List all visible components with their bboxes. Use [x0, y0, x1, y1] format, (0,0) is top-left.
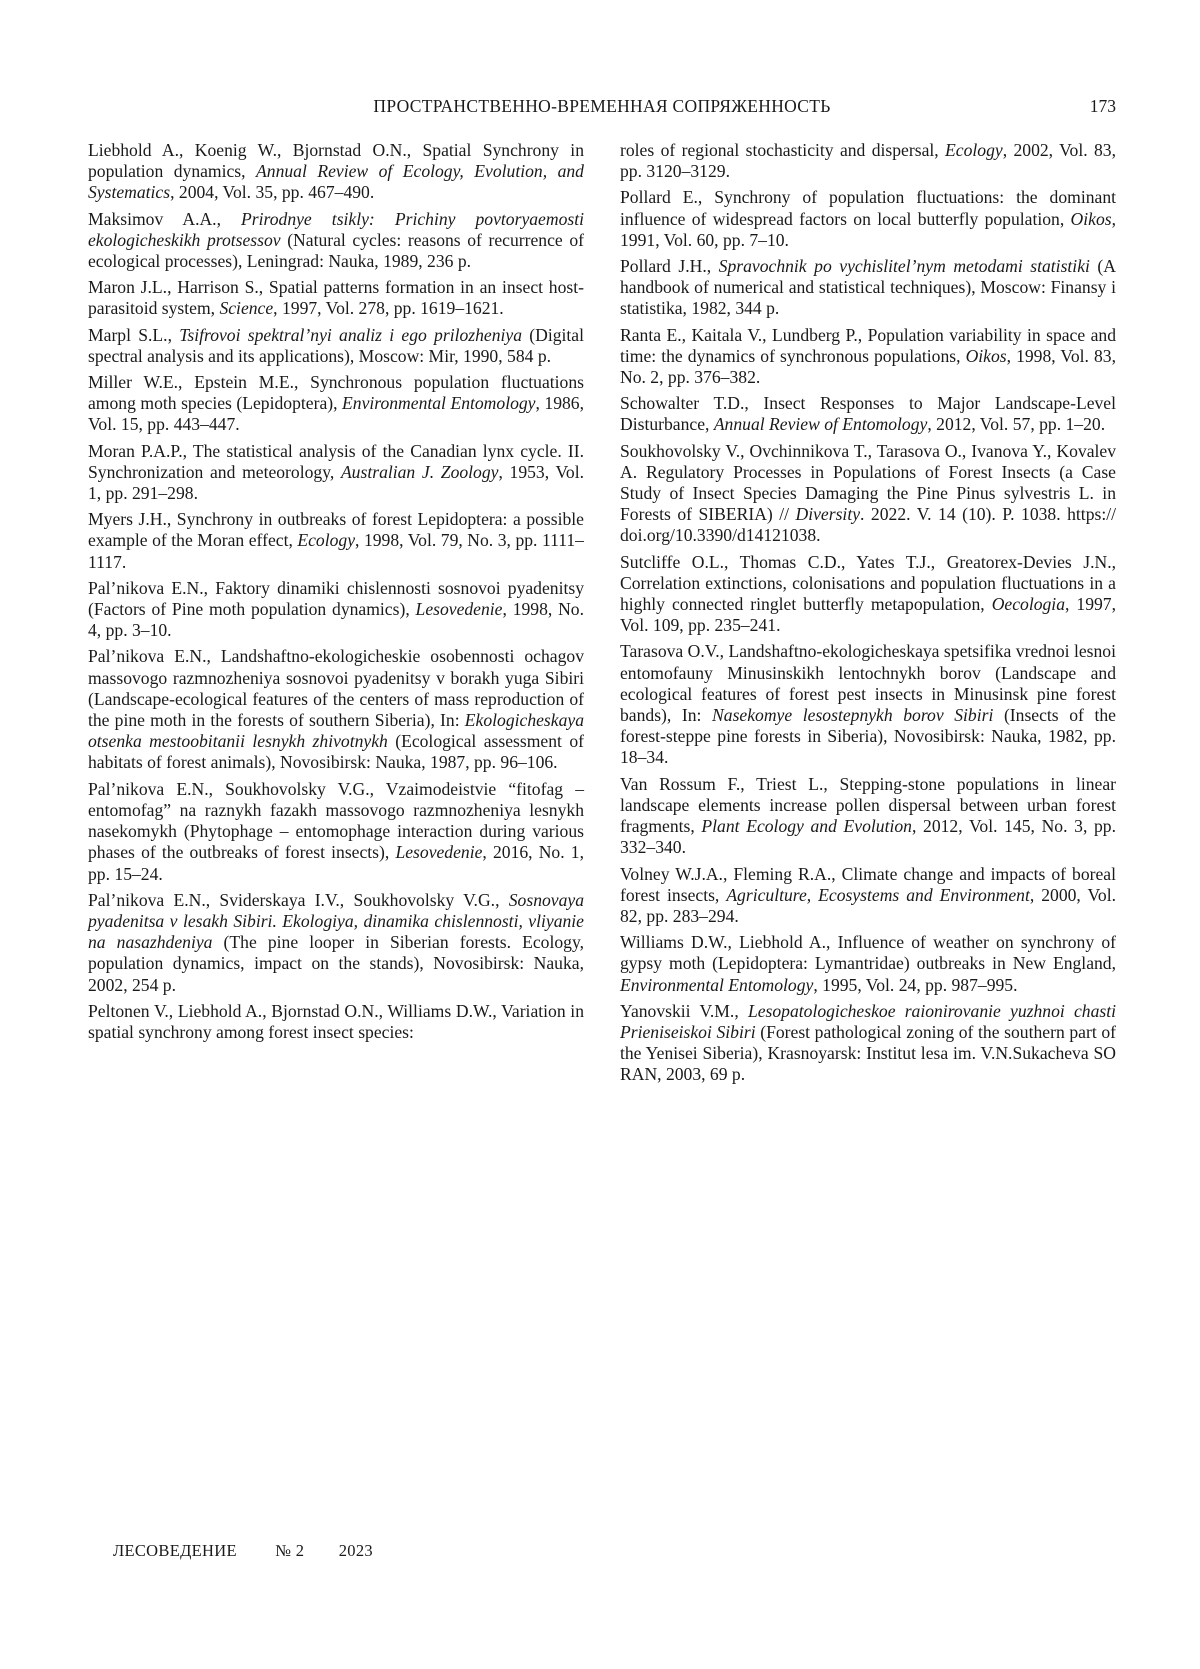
reference-source-title: Tsifrovoi spektral’nyi analiz i ego pril…: [179, 325, 522, 345]
reference-text: Pollard J.H.,: [620, 256, 719, 276]
reference-text: Maksimov A.A.,: [88, 209, 241, 229]
reference-source-title: Environmental Entomology: [342, 393, 535, 413]
reference-entry: Peltonen V., Liebhold A., Bjornstad O.N.…: [88, 1001, 584, 1043]
reference-entry: Pollard J.H., Spravochnik po vychislitel…: [620, 256, 1116, 320]
reference-text: Yanovskii V.M.,: [620, 1001, 748, 1021]
reference-entry: Schowalter T.D., Insect Responses to Maj…: [620, 393, 1116, 435]
running-title: ПРОСТРАНСТВЕННО-ВРЕМЕННАЯ СОПРЯЖЕННОСТЬ: [88, 96, 1116, 117]
reference-text: roles of regional stochasticity and disp…: [620, 140, 945, 160]
right-column: roles of regional stochasticity and disp…: [620, 140, 1116, 1091]
reference-entry: Van Rossum F., Triest L., Stepping-stone…: [620, 774, 1116, 859]
reference-text: Pal’nikova E.N., Sviderskaya I.V., Soukh…: [88, 890, 509, 910]
reference-source-title: Nasekomye lesostepnykh borov Sibiri: [712, 705, 993, 725]
reference-entry: Maron J.L., Harrison S., Spatial pattern…: [88, 277, 584, 319]
reference-source-title: Australian J. Zoology: [341, 462, 499, 482]
reference-source-title: Agriculture, Ecosystems and Environment: [726, 885, 1030, 905]
reference-source-title: Annual Review of Entomology: [714, 414, 928, 434]
reference-entry: Pal’nikova E.N., Sviderskaya I.V., Soukh…: [88, 890, 584, 996]
reference-source-title: Oecologia: [992, 594, 1065, 614]
left-column: Liebhold A., Koenig W., Bjornstad O.N., …: [88, 140, 584, 1091]
reference-entry: Ranta E., Kaitala V., Lundberg P., Popul…: [620, 325, 1116, 389]
reference-text: Pollard E., Synchrony of population fluc…: [620, 187, 1116, 228]
reference-entry: Pollard E., Synchrony of population fluc…: [620, 187, 1116, 251]
reference-source-title: Environmental Entomology: [620, 975, 813, 995]
reference-source-title: Ecology: [297, 530, 355, 550]
reference-entry: Pal’nikova E.N., Faktory dinamiki chisle…: [88, 578, 584, 642]
reference-source-title: Plant Ecology and Evolution: [701, 816, 912, 836]
reference-entry: Williams D.W., Liebhold A., Influence of…: [620, 932, 1116, 996]
references-body: Liebhold A., Koenig W., Bjornstad O.N., …: [88, 140, 1116, 1091]
reference-entry: Sutcliffe O.L., Thomas C.D., Yates T.J.,…: [620, 552, 1116, 637]
reference-text: , 1995, Vol. 24, pp. 987–995.: [813, 975, 1017, 995]
running-head: ПРОСТРАНСТВЕННО-ВРЕМЕННАЯ СОПРЯЖЕННОСТЬ …: [88, 96, 1116, 120]
reference-source-title: Science: [219, 298, 273, 318]
reference-entry: Pal’nikova E.N., Landshaftno-ekologiches…: [88, 646, 584, 773]
reference-source-title: Ecology: [945, 140, 1003, 160]
reference-text: , 2004, Vol. 35, pp. 467–490.: [170, 182, 374, 202]
reference-entry: Liebhold A., Koenig W., Bjornstad O.N., …: [88, 140, 584, 204]
reference-source-title: Diversity: [796, 504, 861, 524]
reference-text: Marpl S.L.,: [88, 325, 179, 345]
reference-entry: roles of regional stochasticity and disp…: [620, 140, 1116, 182]
page-number: 173: [1090, 96, 1116, 117]
reference-source-title: Spravochnik po vychislitel’nym metodami …: [719, 256, 1090, 276]
reference-text: , 1997, Vol. 278, pp. 1619–1621.: [273, 298, 504, 318]
footer-issue: № 2: [275, 1541, 304, 1561]
journal-footer: ЛЕСОВЕДЕНИЕ № 2 2023: [113, 1541, 373, 1561]
reference-entry: Miller W.E., Epstein M.E., Synchronous p…: [88, 372, 584, 436]
reference-text: , 2012, Vol. 57, pp. 1–20.: [927, 414, 1105, 434]
reference-entry: Volney W.J.A., Fleming R.A., Climate cha…: [620, 864, 1116, 928]
reference-entry: Pal’nikova E.N., Soukhovolsky V.G., Vzai…: [88, 779, 584, 885]
reference-text: Williams D.W., Liebhold A., Influence of…: [620, 932, 1116, 973]
reference-source-title: Lesovedenie: [416, 599, 503, 619]
reference-source-title: Lesovedenie: [395, 842, 482, 862]
reference-entry: Maksimov A.A., Prirodnye tsikly: Prichin…: [88, 209, 584, 273]
reference-entry: Soukhovolsky V., Ovchinnikova T., Taraso…: [620, 441, 1116, 547]
reference-entry: Tarasova O.V., Landshaftno-ekologicheska…: [620, 641, 1116, 768]
reference-text: Peltonen V., Liebhold A., Bjornstad O.N.…: [88, 1001, 584, 1042]
reference-entry: Myers J.H., Synchrony in outbreaks of fo…: [88, 509, 584, 573]
reference-entry: Yanovskii V.M., Lesopatologicheskoe raio…: [620, 1001, 1116, 1086]
footer-year: 2023: [339, 1541, 373, 1561]
reference-entry: Marpl S.L., Tsifrovoi spektral’nyi anali…: [88, 325, 584, 367]
reference-source-title: Oikos: [966, 346, 1007, 366]
reference-source-title: Oikos: [1071, 209, 1112, 229]
reference-entry: Moran P.A.P., The statistical analysis o…: [88, 441, 584, 505]
footer-journal-name: ЛЕСОВЕДЕНИЕ: [113, 1541, 237, 1561]
